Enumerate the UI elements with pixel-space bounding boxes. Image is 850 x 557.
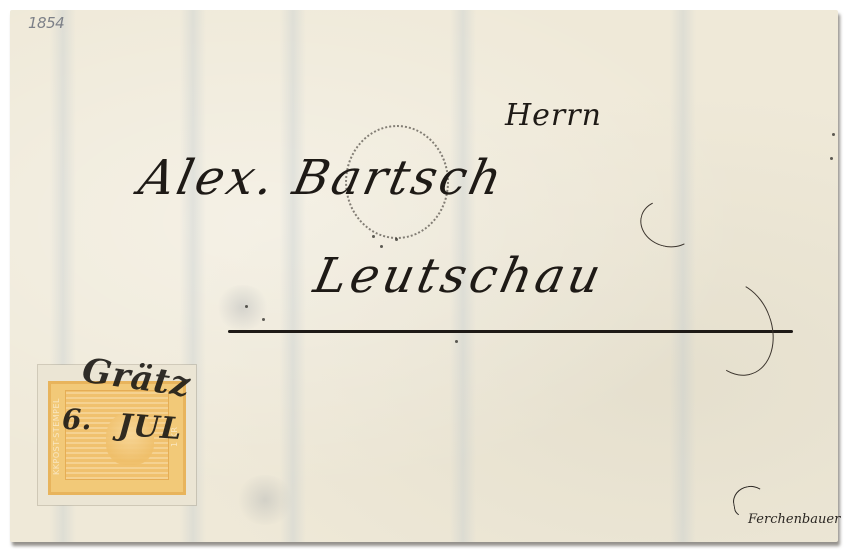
ink-speck — [830, 157, 833, 160]
paper-stripe — [280, 10, 306, 542]
pencil-year-note: 1854 — [28, 14, 64, 32]
cover-scene: 1854 Herrn Alex. Bartsch Leutschau KKPOS… — [0, 0, 850, 557]
address-recipient: Alex. Bartsch — [134, 150, 509, 206]
faint-postmark — [215, 285, 270, 330]
paper-stripe — [670, 10, 696, 542]
faint-postmark — [235, 475, 295, 525]
ink-speck — [455, 340, 458, 343]
address-salutation: Herrn — [505, 98, 602, 133]
ink-speck — [262, 318, 265, 321]
cancel-day: 6. — [62, 403, 91, 436]
address-city: Leutschau — [309, 248, 609, 304]
ink-speck — [245, 305, 248, 308]
ink-speck — [832, 133, 835, 136]
ink-speck — [395, 238, 398, 241]
ink-speck — [372, 235, 375, 238]
cancel-month: JUL — [117, 408, 184, 447]
expert-signature: Ferchenbauer — [748, 512, 840, 527]
